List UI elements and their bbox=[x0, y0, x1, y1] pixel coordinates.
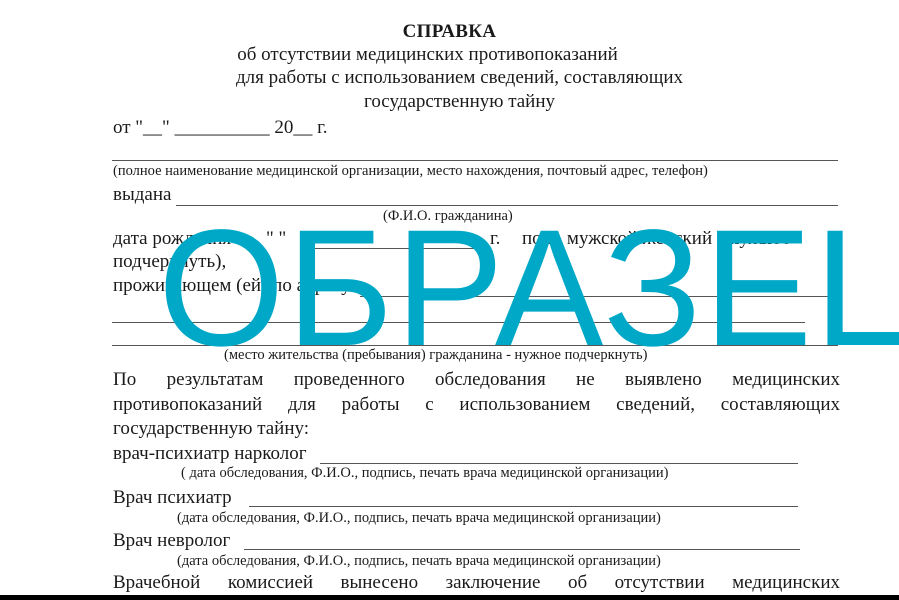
org-field-line bbox=[112, 160, 838, 161]
sample-watermark: ОБРАЗЕЦ bbox=[158, 206, 899, 372]
org-caption: (полное наименование медицинской организ… bbox=[113, 163, 708, 180]
doctor-narcologist-field-line bbox=[320, 463, 798, 464]
doctor-psychiatrist-field-line bbox=[249, 506, 798, 507]
commission-line: Врачебной комиссией вынесено заключение … bbox=[113, 572, 840, 594]
result-paragraph-line-3: государственную тайну: bbox=[113, 418, 309, 440]
doctor-psychiatrist-label: Врач психиатр bbox=[113, 487, 232, 509]
subtitle-line-3: государственную тайну bbox=[10, 91, 899, 113]
result-paragraph-line-2: противопоказаний для работы с использова… bbox=[113, 394, 840, 416]
doctor-neurologist-caption: (дата обследования, Ф.И.О., подпись, печ… bbox=[177, 553, 661, 570]
subtitle-line-2: для работы с использованием сведений, со… bbox=[10, 67, 899, 89]
doctor-neurologist-label: Врач невролог bbox=[113, 530, 230, 552]
doctor-neurologist-field-line bbox=[244, 549, 800, 550]
doctor-narcologist-label: врач-психиатр нарколог bbox=[113, 443, 307, 465]
issue-date-line: от "__" __________ 20__ г. bbox=[113, 117, 327, 139]
document-title: СПРАВКА bbox=[0, 21, 899, 43]
doctor-psychiatrist-caption: (дата обследования, Ф.И.О., подпись, печ… bbox=[177, 510, 661, 527]
subtitle-line-1: об отсутствии медицинских противопоказан… bbox=[0, 44, 877, 66]
doctor-narcologist-caption: ( дата обследования, Ф.И.О., подпись, пе… bbox=[181, 465, 668, 482]
bottom-edge-bar bbox=[0, 595, 899, 600]
